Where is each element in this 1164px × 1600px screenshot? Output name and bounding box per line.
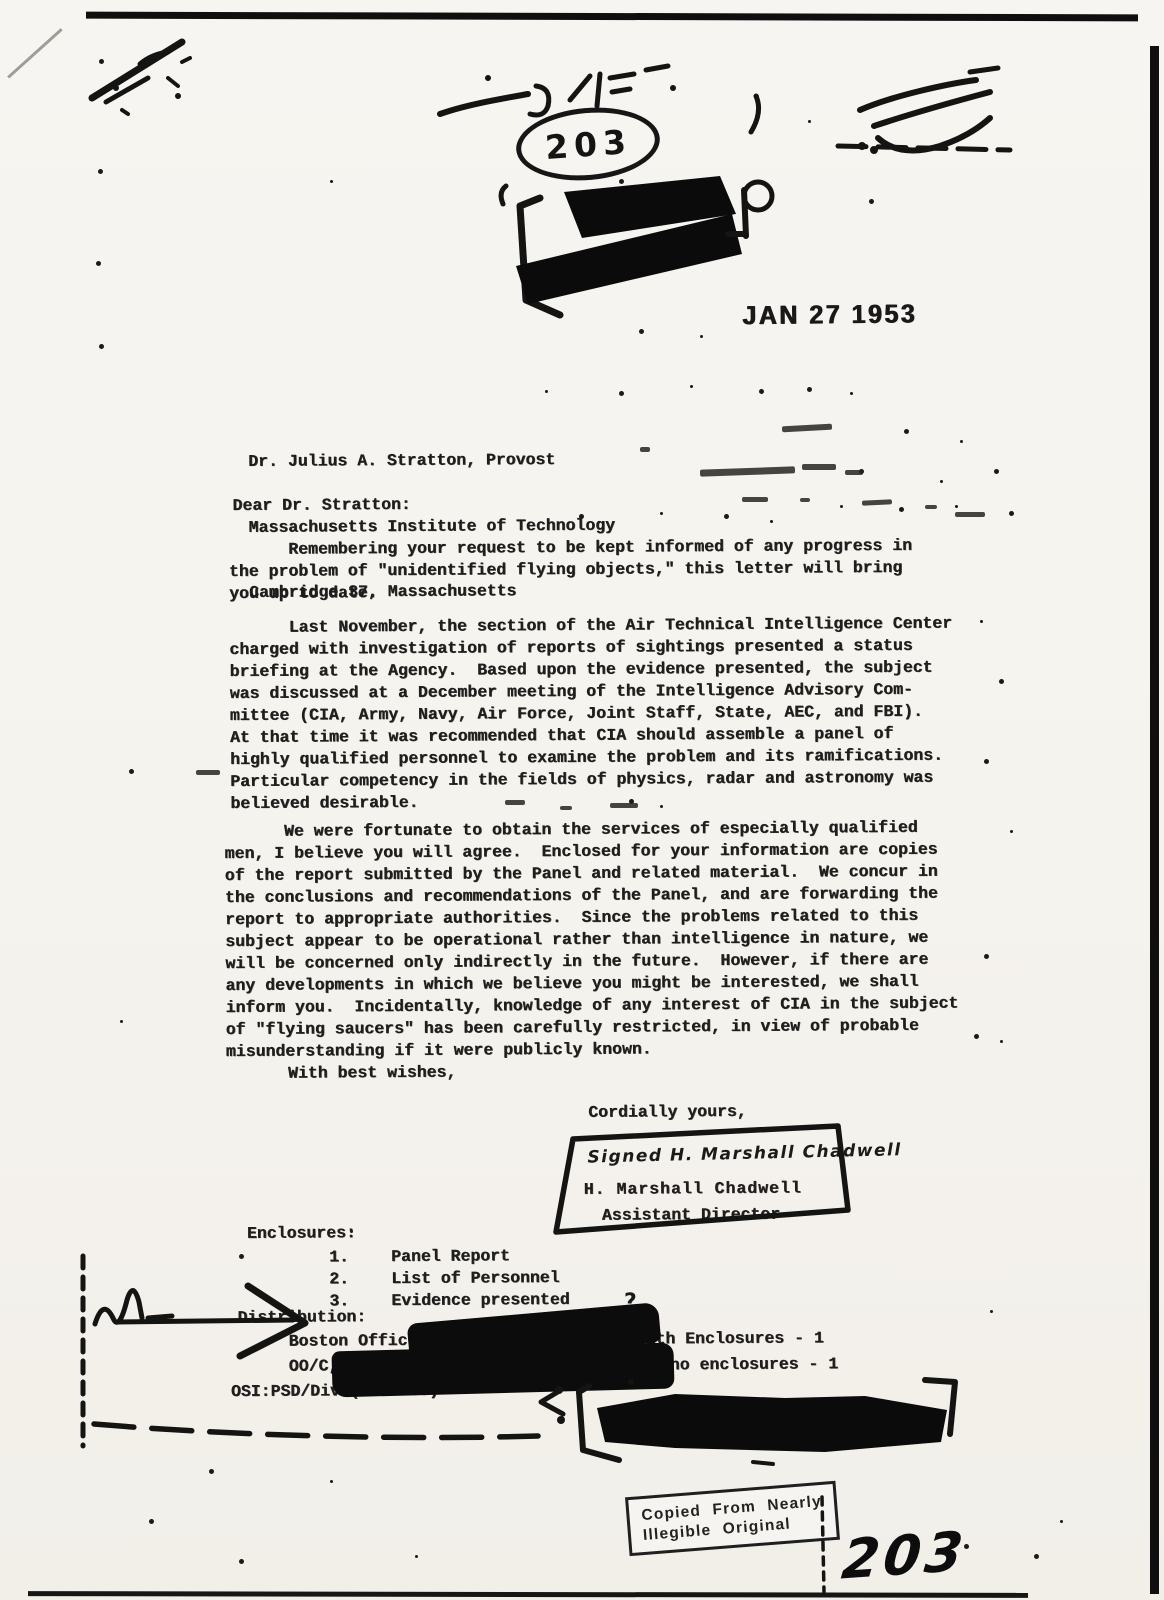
dash-line-top-right bbox=[832, 136, 1017, 158]
ink-smear bbox=[802, 464, 836, 470]
letter-body: Dr. Julius A. Stratton, Provost Massachu… bbox=[0, 0, 1161, 1]
ink-smear bbox=[742, 497, 768, 502]
redaction-block-3 bbox=[525, 1368, 995, 1468]
closing: With best wishes, bbox=[288, 1062, 456, 1085]
scanned-letter-page: 203 JAN 27 1953 bbox=[0, 0, 1164, 1600]
enclosure-item-text: Evidence presented bbox=[391, 1289, 569, 1312]
handwritten-page-number: 203 bbox=[839, 1519, 970, 1591]
ink-smear bbox=[196, 770, 220, 775]
noise-speckles bbox=[0, 0, 3, 3]
paragraph-1: Remembering your request to be kept info… bbox=[229, 534, 1019, 605]
copy-quality-stamp: Copied From Nearly Illegible Original bbox=[625, 1481, 840, 1556]
ink-smear bbox=[845, 470, 863, 475]
pencil-mark bbox=[7, 28, 62, 78]
enclosure-item-number: 2. bbox=[329, 1268, 349, 1290]
enclosures-label: Enclosures: bbox=[247, 1222, 356, 1245]
recipient-name: Dr. Julius A. Stratton, Provost bbox=[248, 449, 614, 473]
enclosure-item-number: 1. bbox=[329, 1246, 349, 1268]
ink-smear bbox=[955, 512, 985, 517]
dashed-tick-mark bbox=[814, 1492, 834, 1600]
recipient-institution: Massachusetts Institute of Technology bbox=[249, 514, 615, 538]
salutation: Dear Dr. Stratton: bbox=[232, 494, 410, 517]
circled-page-number-text: 203 bbox=[543, 122, 632, 167]
ink-smear bbox=[700, 466, 795, 476]
ink-smear bbox=[800, 498, 810, 502]
paragraph-3: We were fortunate to obtain the services… bbox=[224, 816, 1021, 1063]
enclosure-item-text: Panel Report bbox=[391, 1245, 510, 1268]
ink-smear bbox=[862, 499, 892, 506]
scan-right-edge-line bbox=[1150, 46, 1159, 1594]
dashed-underline bbox=[86, 1412, 556, 1457]
ink-smear bbox=[925, 505, 937, 509]
recipient-address: Dr. Julius A. Stratton, Provost Massachu… bbox=[248, 405, 616, 648]
ink-smear bbox=[640, 447, 650, 452]
ink-smear bbox=[782, 424, 832, 433]
signature-box-outline bbox=[540, 1112, 870, 1242]
scan-top-edge-line bbox=[86, 12, 1138, 22]
paragraph-2: Last November, the section of the Air Te… bbox=[229, 612, 1020, 815]
scan-bottom-edge-line bbox=[28, 1591, 1028, 1598]
date-stamp: JAN 27 1953 bbox=[742, 299, 917, 331]
scribble-mark-top-left bbox=[82, 18, 232, 123]
enclosure-item-text: List of Personnel bbox=[391, 1267, 559, 1290]
